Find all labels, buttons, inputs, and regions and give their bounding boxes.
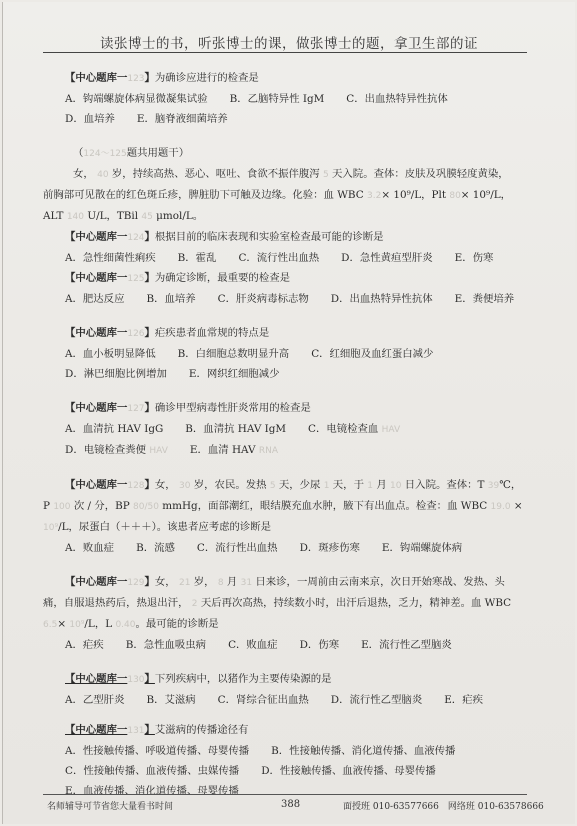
option-d: D．出血热特异性抗体 — [331, 293, 433, 305]
question-stem: 为确诊应进行的检查是 — [155, 72, 259, 84]
wbc-value: 19.0 — [491, 502, 511, 512]
option-e: E．疟疾 — [444, 694, 483, 706]
option-e: E．网织红细胞减少 — [189, 368, 280, 380]
option-d: D．淋巴细胞比例增加 — [65, 368, 167, 380]
spacer — [65, 558, 535, 572]
option-e: E．伤寒 — [455, 252, 494, 264]
case-text: 天入院。查体：皮肤及巩膜轻度黄染， — [332, 168, 509, 180]
option-e: E．粪便培养 — [455, 293, 515, 305]
temp-value: 39 — [488, 481, 499, 491]
option-a: A．乙型肝炎 — [65, 694, 124, 706]
option-c: C．流行性出血热 — [238, 252, 319, 264]
header-divider — [43, 52, 527, 53]
question-131-options-3: E．血液传播、消化道传播、母婴传播 — [65, 781, 535, 801]
question-tag-end: 】 — [145, 673, 155, 685]
case-text: U/L，TBil — [87, 210, 138, 222]
option-e: E．血清 HAV — [190, 444, 256, 456]
wbc-value: 6.5 — [43, 620, 57, 630]
option-b: B．艾滋病 — [146, 694, 195, 706]
option-e: E．血液传播、消化道传播、母婴传播 — [65, 785, 239, 797]
option-a: A．急性细菌性痢疾 — [65, 252, 156, 264]
question-130-stem: 【中心题库一130】下列疾病中，以猪作为主要传染源的是 — [65, 669, 535, 690]
question-128-line-3: 10⁹/L，尿蛋白（＋＋＋）。该患者应考虑的诊断是 — [43, 517, 513, 538]
shared-stem-text: 题共用题干） — [127, 147, 189, 159]
footer-divider — [43, 794, 527, 795]
case-text: 。最可能的诊断是 — [135, 618, 218, 630]
question-127-stem: 【中心题库一127】确诊甲型病毒性肝炎常用的检查是 — [65, 398, 535, 419]
question-125-options: A．肥达反应B．血培养C．肝炎病毒标志物D．出血热特异性抗体E．粪便培养 — [65, 289, 535, 309]
case-text: × 10⁹/L， — [461, 189, 511, 201]
option-b: B．乙脑特异性 IgM — [230, 93, 325, 105]
case-text: 岁，持续高热、恶心、呕吐、食欲不振伴腹泻 — [112, 168, 320, 180]
day-value: 10 — [390, 481, 401, 491]
option-a: A．性接触传播、呼吸道传播、母婴传播 — [65, 745, 249, 757]
option-e: E．脑脊液细菌培养 — [137, 113, 228, 125]
exponent-value: 10⁹ — [43, 523, 58, 533]
question-126-stem: 【中心题库一126】疟疾患者血常规的特点是 — [65, 323, 535, 344]
lymph-value: 0.40 — [115, 620, 135, 630]
question-tag-end: 】 — [145, 327, 155, 339]
case-text: 天后再次高热，持续数小时，出汗后退热，乏力，精神差。血 WBC — [201, 597, 511, 609]
option-a: A．败血症 — [65, 542, 114, 554]
spacer — [65, 655, 535, 669]
question-stem: 疟疾患者血常规的特点是 — [155, 327, 269, 339]
question-tag: 【中心题库一 — [65, 72, 127, 84]
question-range: 124～125 — [83, 149, 126, 159]
question-129-options: A．疟疾B．急性血吸虫病C．败血症D．伤寒E．流行性乙型脑炎 — [65, 635, 535, 655]
question-tag-end: 】 — [145, 479, 155, 491]
question-124-options: A．急性细菌性痢疾B．霍乱C．流行性出血热D．急性黄疸型肝炎E．伤寒 — [65, 248, 535, 268]
tbil-value: 45 — [141, 212, 152, 222]
option-c-faint: HAV — [382, 425, 401, 435]
spacer — [65, 309, 535, 323]
option-a: A．肥达反应 — [65, 293, 124, 305]
question-number: 129 — [127, 578, 144, 588]
case-text: /L，L — [84, 618, 112, 630]
age-value: 40 — [97, 170, 108, 180]
page-number: 388 — [281, 799, 300, 810]
question-125-stem: 【中心题库一125】为确定诊断，最重要的检查是 — [65, 268, 535, 289]
case-text: mmHg，面部潮红，眼结膜充血水肿，腋下有出血点。检查：血 WBC — [162, 500, 487, 512]
option-c: C．出血热特异性抗体 — [346, 93, 447, 105]
question-number: 124 — [127, 233, 144, 243]
question-123-options-2: D．血培养E．脑脊液细菌培养 — [65, 109, 535, 129]
question-tag: 【中心题库一 — [65, 402, 127, 414]
question-tag: 【中心题库一 — [65, 576, 127, 588]
option-e: E．流行性乙型脑炎 — [361, 639, 452, 651]
option-a: A．血清抗 HAV IgG — [65, 423, 163, 435]
age-value: 21 — [179, 578, 190, 588]
option-d: D．电镜检查粪便 — [65, 444, 146, 456]
spacer — [65, 129, 535, 143]
case-text: 日来诊，一周前由云南来京，次日开始寒战、发热、头 — [255, 576, 504, 588]
pulse-value: 100 — [53, 502, 70, 512]
case-text: μmol/L。 — [156, 210, 203, 222]
question-127-options-2: D．电镜检查粪便 HAVE．血清 HAV RNA — [65, 440, 535, 461]
question-128-options: A．败血症B．流感C．流行性出血热D．斑疹伤寒E．钩端螺旋体病 — [65, 538, 535, 558]
question-129-line-2: 痛，自服退热药后，热退出汗， 2 天后再次高热，持续数小时，出汗后退热，乏力，精… — [43, 593, 513, 614]
case-text: 次 / 分，BP — [74, 500, 130, 512]
question-tag: 【中心题库一 — [65, 327, 127, 339]
footer-contact: 面授班 010-63577666 网络班 010-63578666 — [343, 799, 544, 812]
question-number: 123 — [127, 74, 144, 84]
option-a: A．疟疾 — [65, 639, 104, 651]
case-text: × — [514, 500, 523, 512]
question-130-options: A．乙型肝炎B．艾滋病C．肾综合征出血热D．流行性乙型脑炎E．疟疾 — [65, 690, 535, 710]
question-tag-end: 】 — [145, 576, 155, 588]
question-tag: 【中心题库一 — [65, 479, 127, 491]
oliguria-days-value: 1 — [324, 481, 330, 491]
case-text: 岁， — [194, 576, 215, 588]
option-b: B．血培养 — [146, 293, 195, 305]
option-a: A．钩端螺旋体病显微凝集试验 — [65, 93, 208, 105]
shared-stem-label: （124～125题共用题干） — [65, 143, 535, 164]
case-text: 痛，自服退热药后，热退出汗， — [43, 597, 188, 609]
case-line-3: ALT 140 U/L，TBil 45 μmol/L。 — [43, 206, 513, 227]
option-b: B．白细胞总数明显升高 — [178, 348, 290, 360]
option-e-faint: RNA — [259, 446, 278, 456]
question-tag: 【中心题库一 — [65, 724, 127, 736]
option-d: D．性接触传播、血液传播、母婴传播 — [261, 765, 436, 777]
option-c: C．红细胞及血红蛋白减少 — [311, 348, 433, 360]
wbc-value: 3.2 — [367, 191, 381, 201]
question-stem: 确诊甲型病毒性肝炎常用的检查是 — [155, 402, 311, 414]
paren-open: （ — [73, 147, 83, 159]
question-number: 131 — [127, 726, 144, 736]
question-tag-end: 】 — [145, 72, 155, 84]
question-129-line-3: 6.5× 10⁹/L，L 0.40。最可能的诊断是 — [43, 614, 513, 635]
question-tag: 【中心题库一 — [65, 272, 127, 284]
spacer — [65, 384, 535, 398]
option-b: B．急性血吸虫病 — [126, 639, 206, 651]
days-value: 2 — [192, 599, 198, 609]
spacer — [65, 461, 535, 475]
question-tag-end: 】 — [145, 724, 155, 736]
case-text: 岁，农民。发热 — [194, 479, 267, 491]
question-tag: 【中心题库一 — [65, 231, 127, 243]
case-line-1: 女， 40 岁，持续高热、恶心、呕吐、食欲不振伴腹泻 5 天入院。查体：皮肤及巩… — [65, 164, 535, 185]
case-line-2: 前胸部可见散在的红色斑丘疹，脾脏肋下可触及边缘。化验：血 WBC 3.2× 10… — [43, 185, 513, 206]
plt-value: 80 — [449, 191, 460, 201]
option-b: B．血清抗 HAV IgM — [185, 423, 286, 435]
question-tag-end: 】 — [145, 402, 155, 414]
option-c: C．肾综合征出血热 — [218, 694, 309, 706]
option-a: A．血小板明显降低 — [65, 348, 156, 360]
option-c: C．流行性出血热 — [197, 542, 278, 554]
question-131-options: A．性接触传播、呼吸道传播、母婴传播B．性接触传播、消化道传播、血液传播 — [65, 741, 535, 761]
option-d: D．流行性乙型脑炎 — [331, 694, 422, 706]
question-129-stem: 【中心题库一129】女， 21 岁， 8 月 31 日来诊，一周前由云南来京，次… — [65, 572, 535, 593]
option-b: B．霍乱 — [178, 252, 217, 264]
question-number: 126 — [127, 329, 144, 339]
question-content: 【中心题库一123】为确诊应进行的检查是 A．钩端螺旋体病显微凝集试验B．乙脑特… — [65, 68, 535, 801]
question-131-stem: 【中心题库一131】艾滋病的传播途径有 — [65, 720, 535, 741]
question-tag-end: 】 — [145, 272, 155, 284]
question-number: 127 — [127, 404, 144, 414]
option-d: D．斑疹伤寒 — [300, 542, 360, 554]
month-value: 1 — [367, 481, 373, 491]
question-124-stem: 【中心题库一124】根据目前的临床表现和实验室检查最可能的诊断是 — [65, 227, 535, 248]
question-number: 125 — [127, 274, 144, 284]
question-stem: 根据目前的临床表现和实验室检查最可能的诊断是 — [155, 231, 384, 243]
option-c: C．败血症 — [228, 639, 278, 651]
option-d: D．伤寒 — [300, 639, 340, 651]
case-text: 女， — [155, 576, 176, 588]
day-value: 31 — [241, 578, 252, 588]
question-number: 128 — [127, 481, 144, 491]
month-value: 8 — [218, 578, 224, 588]
question-123-stem: 【中心题库一123】为确诊应进行的检查是 — [65, 68, 535, 89]
footer-slogan: 名师辅导可节省您大量看书时间 — [47, 799, 173, 812]
option-c: C．电镜检查血 — [308, 423, 378, 435]
alt-value: 140 — [67, 212, 84, 222]
case-text: ℃， — [499, 479, 521, 491]
question-128-stem: 【中心题库一128】女， 30 岁，农民。发热 5 天，少尿 1 天，于 1 月… — [65, 475, 535, 496]
days-value: 5 — [323, 170, 329, 180]
document-page: 读张博士的书，听张博士的课，做张博士的题，拿卫生部的证 【中心题库一123】为确… — [2, 2, 575, 824]
case-text: P — [43, 500, 50, 512]
fever-days-value: 5 — [270, 481, 276, 491]
question-number: 130 — [127, 675, 144, 685]
option-d-faint: HAV — [149, 446, 168, 456]
question-stem: 下列疾病中，以猪作为主要传染源的是 — [155, 673, 332, 685]
case-text: /L，尿蛋白（＋＋＋）。该患者应考虑的诊断是 — [58, 521, 271, 533]
question-stem: 艾滋病的传播途径有 — [155, 724, 249, 736]
case-text: 月 — [376, 479, 386, 491]
age-value: 30 — [179, 481, 190, 491]
case-text: 日入院。查体：T — [405, 479, 485, 491]
case-text: 天，少尿 — [279, 479, 321, 491]
case-text: ALT — [43, 210, 64, 222]
question-stem: 为确定诊断，最重要的检查是 — [155, 272, 290, 284]
question-tag: 【中心题库一 — [65, 673, 127, 685]
option-d: D．血培养 — [65, 113, 115, 125]
case-text: 前胸部可见散在的红色斑丘疹，脾脏肋下可触及边缘。化验：血 WBC — [43, 189, 364, 201]
question-123-options: A．钩端螺旋体病显微凝集试验B．乙脑特异性 IgMC．出血热特异性抗体 — [65, 89, 535, 109]
option-e: E．钩端螺旋体病 — [382, 542, 462, 554]
option-c: C．性接触传播、血液传播、虫媒传播 — [65, 765, 239, 777]
exponent-value: 10⁹ — [69, 620, 84, 630]
question-126-options-2: D．淋巴细胞比例增加E．网织红细胞减少 — [65, 364, 535, 384]
option-d: D．急性黄疸型肝炎 — [341, 252, 432, 264]
option-b: B．性接触传播、消化道传播、血液传播 — [271, 745, 455, 757]
question-126-options: A．血小板明显降低B．白细胞总数明显升高C．红细胞及血红蛋白减少 — [65, 344, 535, 364]
case-text: 女， — [155, 479, 176, 491]
case-text: × 10⁹/L，Plt — [381, 189, 446, 201]
question-127-options: A．血清抗 HAV IgGB．血清抗 HAV IgMC．电镜检查血 HAV — [65, 419, 535, 440]
option-b: B．流感 — [136, 542, 175, 554]
case-text: 女， — [73, 168, 94, 180]
page-header: 读张博士的书，听张博士的课，做张博士的题，拿卫生部的证 — [3, 32, 575, 52]
option-c: C．肝炎病毒标志物 — [218, 293, 309, 305]
spacer — [65, 710, 535, 720]
question-128-line-2: P 100 次 / 分，BP 80/50 mmHg，面部潮红，眼结膜充血水肿，腋… — [43, 496, 513, 517]
case-text: 月 — [227, 576, 237, 588]
question-131-options-2: C．性接触传播、血液传播、虫媒传播D．性接触传播、血液传播、母婴传播 — [65, 761, 535, 781]
case-text: × — [57, 618, 66, 630]
bp-value: 80/50 — [133, 502, 159, 512]
question-tag-end: 】 — [145, 231, 155, 243]
case-text: 天，于 — [333, 479, 364, 491]
